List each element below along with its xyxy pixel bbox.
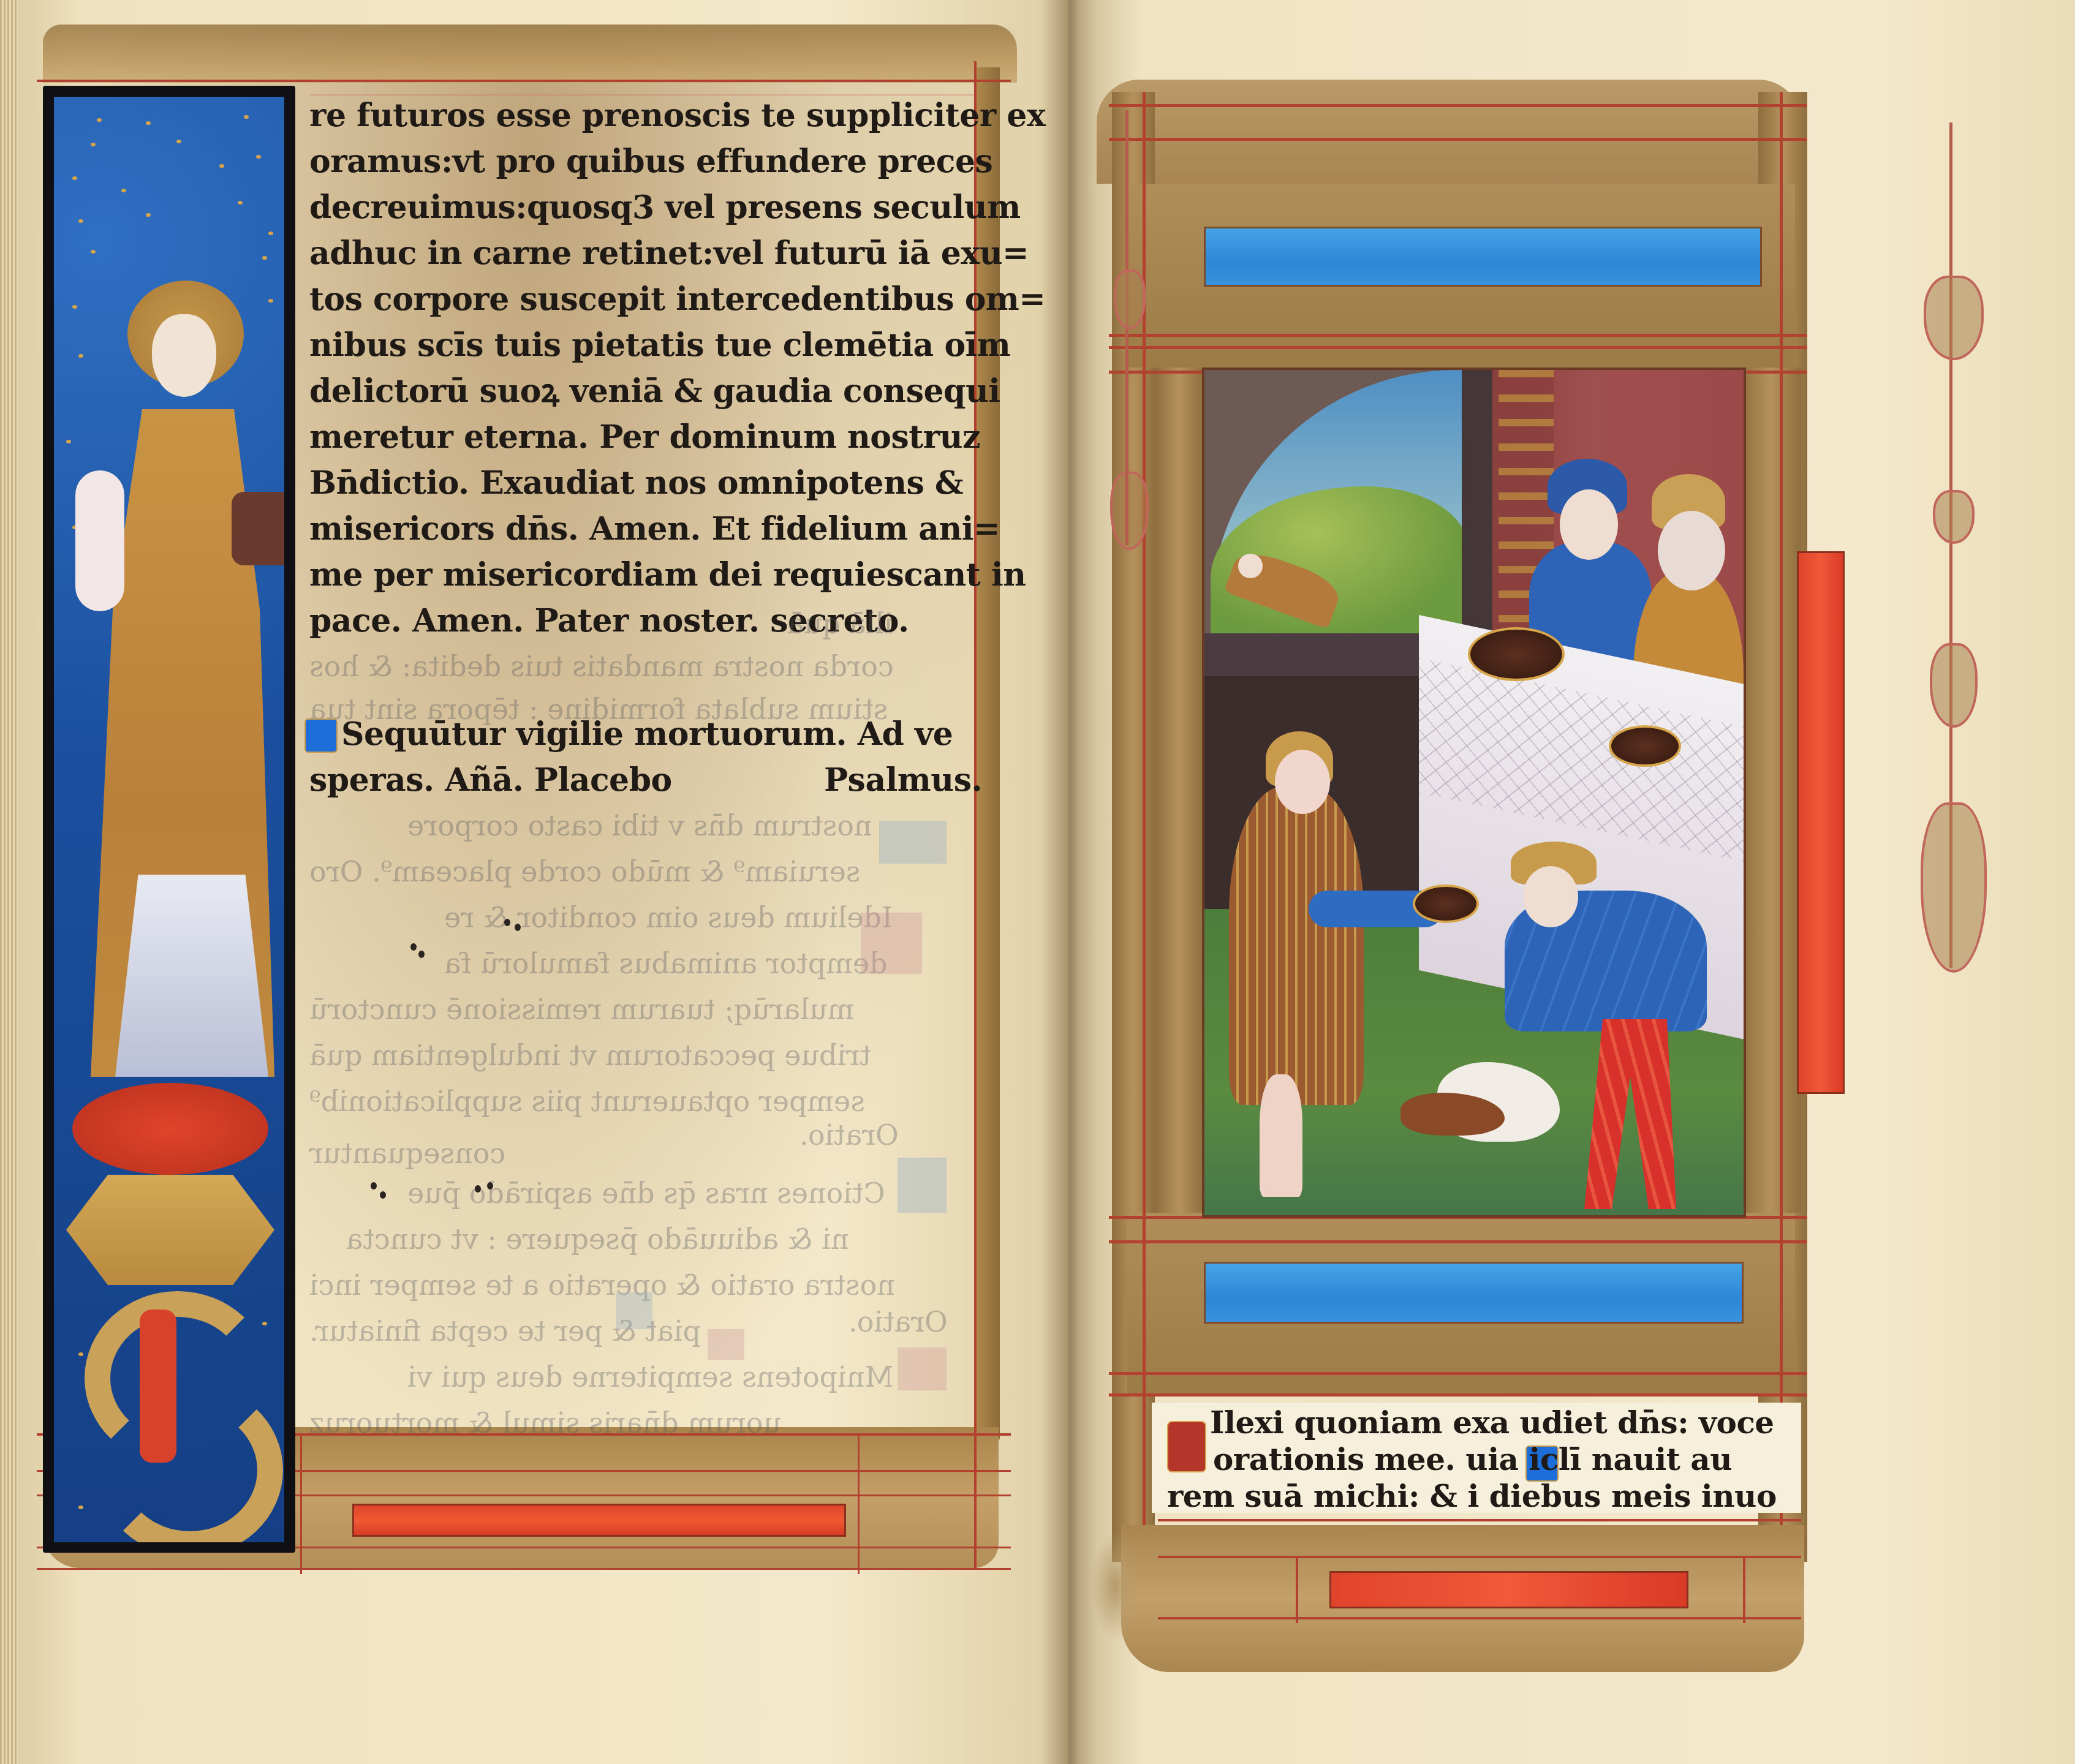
- ruling-line: [1109, 104, 1807, 107]
- show-through-text: demptor animabus famulorū fa: [444, 946, 887, 981]
- show-through-initial: [616, 1292, 652, 1329]
- ruling-line: [37, 80, 1011, 82]
- underskirt: [115, 875, 268, 1077]
- show-through-text: corda nostra mandatis tuis dedita: & hos: [309, 649, 894, 684]
- show-through-text: ni & adiuuādo p̄sequere : vt cuncta: [346, 1222, 849, 1256]
- show-through-text: Oratio.: [849, 1305, 948, 1339]
- tassel-icon: [1930, 643, 1978, 728]
- text-line: rem suā michi: & i diebus meis inuo: [1167, 1479, 1777, 1513]
- inner-pillar-right: [1740, 367, 1801, 1213]
- ruling-line: [1109, 1240, 1807, 1243]
- ruling-line: [37, 1568, 1011, 1570]
- show-through-text: mularūq; tuarum remissionē cunctorū: [309, 992, 854, 1027]
- show-through-initial: [898, 1347, 947, 1390]
- red-initial-d: [1167, 1421, 1206, 1472]
- left-border-top: [43, 24, 1017, 83]
- bowl-icon: [1468, 627, 1565, 681]
- left-border-right: [975, 67, 1000, 1439]
- saint-miniature: [43, 86, 295, 1553]
- ruling-line: [1158, 1519, 1801, 1521]
- show-through-text: tribue peccatorum vt indulgentiam quā: [309, 1038, 871, 1072]
- show-through-text: Idelium deus oim conditor & re: [444, 900, 893, 935]
- blue-initial-icon: [304, 718, 338, 753]
- red-bar-bottom: [1329, 1571, 1688, 1608]
- ruling-line: [1109, 1393, 1807, 1396]
- starry-background: [54, 97, 284, 1542]
- left-red-bar: [352, 1504, 846, 1537]
- book-gutter: [1041, 0, 1097, 1764]
- ruling-line: [1109, 346, 1807, 349]
- book-icon: [232, 492, 284, 565]
- show-through-initial: [898, 1158, 947, 1213]
- text-line: delictorū suoꝝ veniā & gaudia consequi: [309, 374, 974, 409]
- rubric-line: Sequūtur vigilie mortuorum. Ad ve: [341, 717, 1006, 752]
- show-through-text: illā quā: [787, 606, 893, 641]
- show-through-text: nostra oratio & operatio a te semper inc…: [309, 1268, 895, 1302]
- ruling-line: [1109, 138, 1807, 141]
- text-line: oramus:vt pro quibus effundere preces: [309, 144, 974, 179]
- ruling-line: [1143, 92, 1146, 1648]
- blue-bar-bottom: [1204, 1262, 1744, 1324]
- text-line: decreuimus:quosq3 vel presens seculum: [309, 190, 974, 225]
- psalm-label: Psalmus.: [824, 763, 982, 798]
- sleeve: [75, 470, 124, 611]
- border-arch-top: [1097, 80, 1801, 184]
- inner-pillar-left: [1155, 367, 1204, 1213]
- text-line: Ilexi quoniam exa udiet dn̄s: voce: [1210, 1406, 1774, 1440]
- show-through-text: semper optauerunt piis supplicationib⁹: [309, 1084, 865, 1118]
- tassel-cord: [1125, 110, 1128, 374]
- ruling-line: [858, 1433, 860, 1574]
- tassel-icon: [1921, 802, 1987, 973]
- ruling-line: [1296, 1556, 1298, 1623]
- lazarus-beggar: [1229, 786, 1364, 1105]
- red-bar-right: [1797, 551, 1845, 1094]
- ruling-line: [1743, 1556, 1745, 1623]
- show-through-initial: [879, 821, 947, 864]
- gold-base: [66, 1175, 274, 1285]
- show-through-text: uorum dn̄aris simul & mortuoruz: [309, 1406, 781, 1440]
- ruling-line: [300, 1433, 302, 1574]
- text-line: orationis mee. uia iclī nauit au: [1213, 1442, 1732, 1477]
- page-edges: [0, 0, 18, 1764]
- ruling-line: [1158, 1617, 1801, 1619]
- show-through-text: Oratio.: [799, 1118, 899, 1152]
- text-line: tos corpore suscepit intercedentibus om=: [309, 282, 974, 317]
- red-pedestal: [72, 1083, 268, 1175]
- lazarus-miniature: [1202, 367, 1746, 1218]
- show-through-initial: [708, 1329, 744, 1360]
- ruling-line: [1109, 334, 1807, 337]
- tassel-icon: [1114, 269, 1146, 330]
- text-line: me per misericordiam dei requiescant in: [309, 557, 974, 593]
- text-line: misericors dn̄s. Amen. Et fidelium ani=: [309, 511, 974, 547]
- show-through-text: consequantur: [309, 1136, 505, 1170]
- tassel-icon: [1110, 472, 1149, 550]
- saint-face: [152, 314, 216, 397]
- lazarus-leg: [1260, 1074, 1302, 1197]
- text-line: adhuc in carne retinet:vel futurū iā exu…: [309, 236, 974, 271]
- show-through-text: Mnipotens sempiterne deus qui vi: [407, 1360, 894, 1394]
- blue-bar-top: [1204, 227, 1762, 287]
- text-line: meretur eterna. Per dominum nostruz: [309, 420, 974, 455]
- show-through-text: nostrum dn̄s v tibi casto corpore: [407, 809, 872, 843]
- right-text-block: Ilexi quoniam exa udiet dn̄s: voce orati…: [1152, 1403, 1801, 1513]
- text-line: Bn̄dictio. Exaudiat nos omnipotens &: [309, 466, 974, 501]
- decorated-initial-s: [72, 1291, 256, 1542]
- show-through-text: Ctiones nras q̄s dn̄e aspirādo p̄ue: [407, 1176, 885, 1210]
- ruling-line: [1158, 1556, 1801, 1558]
- bowl-icon: [1609, 725, 1681, 767]
- tassel-icon: [1924, 276, 1984, 360]
- tassel-icon: [1933, 490, 1975, 544]
- show-through-text: seruiam⁹ & mūdo corde placeam⁹. Oro: [309, 854, 860, 889]
- show-through-initial: [861, 913, 922, 974]
- ruling-line: [1109, 1372, 1807, 1375]
- text-line: nibus scīs tuis pietatis tue clemētia oī…: [309, 328, 974, 363]
- alms-bowl-icon: [1413, 884, 1479, 923]
- text-line: re futuros esse prenoscis te suppliciter…: [309, 98, 974, 134]
